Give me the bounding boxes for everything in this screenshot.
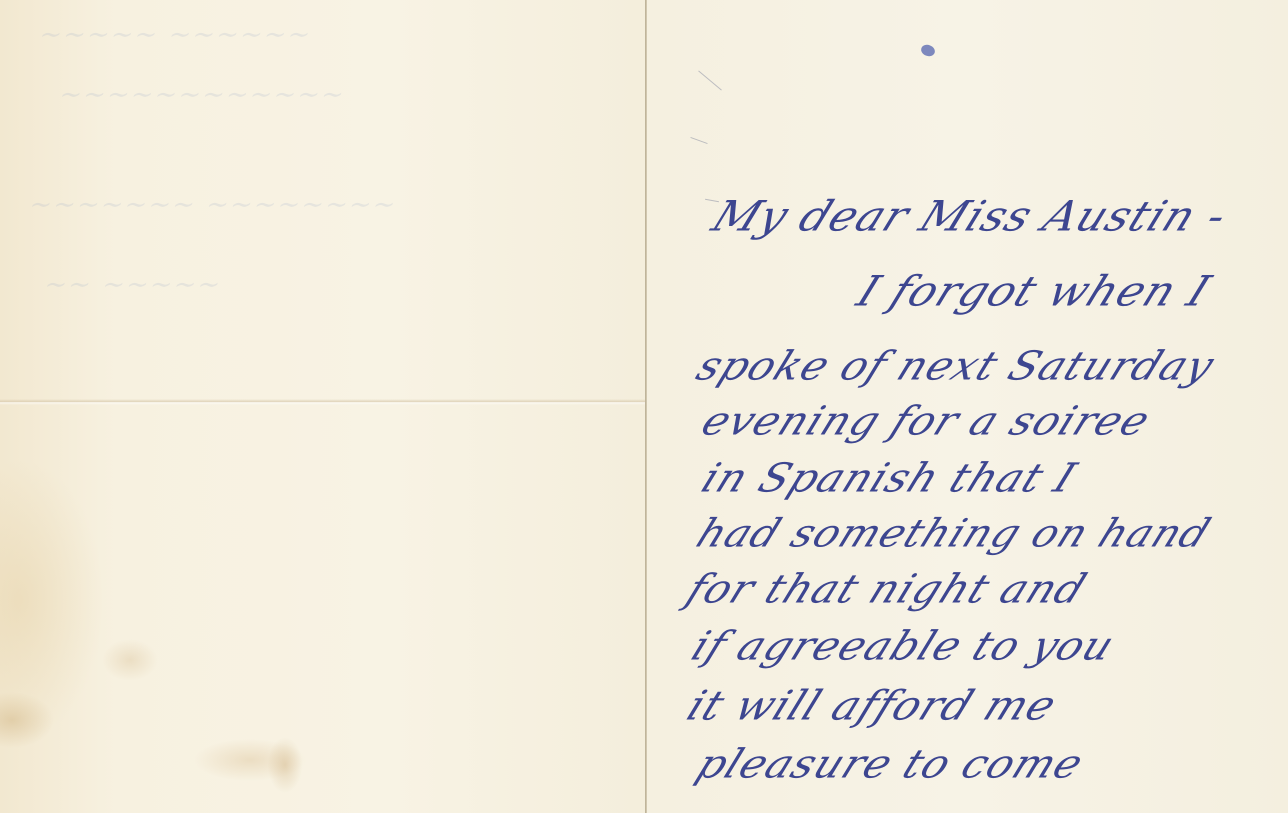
letter-line: for that night and: [680, 565, 1094, 612]
letter-text: My dear Miss Austin - I forgot when I sp…: [0, 0, 1288, 813]
letter-line: had something on hand: [690, 510, 1218, 556]
letter-line: I forgot when I: [850, 268, 1218, 316]
salutation: My dear Miss Austin -: [705, 193, 1235, 241]
letter-line: it will afford me: [680, 683, 1064, 731]
letter-scan: ~~~~~ ~~~~~~ ~~~~~~~~~~~~ ~~~~~~~ ~~~~~~…: [0, 0, 1288, 813]
letter-line: evening for a soiree: [695, 397, 1158, 444]
letter-line: if agreeable to you: [685, 622, 1122, 669]
letter-line: spoke of next Saturday: [690, 342, 1222, 389]
letter-line: in Spanish that I: [695, 454, 1084, 501]
letter-line: pleasure to come: [690, 740, 1091, 787]
